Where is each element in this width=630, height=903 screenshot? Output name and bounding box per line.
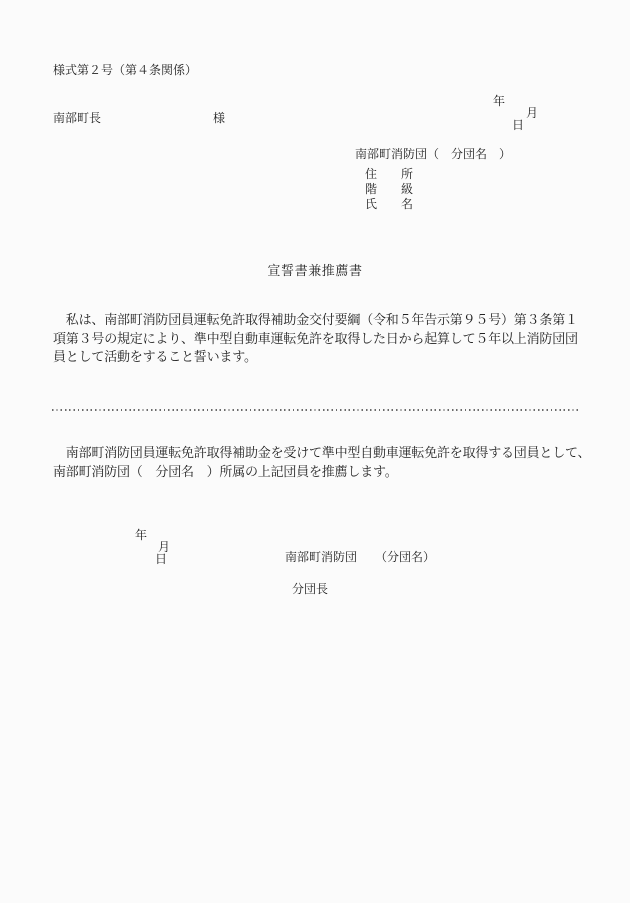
oath-line: 員として活動をすること誓います。 bbox=[53, 348, 581, 367]
footer-organization: 南部町消防団 bbox=[285, 551, 357, 563]
dotted-cut-line bbox=[52, 409, 580, 411]
recommendation-line: 南部町消防団（ 分団名 ）所属の上記団員を推薦します。 bbox=[53, 463, 581, 482]
document-title: 宣誓書兼推薦書 bbox=[0, 264, 630, 277]
date-bottom-year-label: 年 bbox=[135, 528, 147, 542]
oath-paragraph: 私は、南部町消防団員運転免許取得補助金交付要綱（令和５年告示第９５号）第３条第１… bbox=[53, 311, 581, 367]
sender-address-label: 住 所 bbox=[365, 168, 413, 180]
sender-rank-label: 階 級 bbox=[365, 183, 413, 195]
date-line-top: 年 月 日 bbox=[481, 83, 538, 143]
sender-name-label: 氏 名 bbox=[365, 198, 413, 210]
oath-line: 項第３号の規定により、準中型自動車運転免許を取得した日から起算して５年以上消防団… bbox=[53, 330, 581, 349]
recommendation-paragraph: 南部町消防団員運転免許取得補助金を受けて準中型自動車運転免許を取得する団員として… bbox=[53, 444, 581, 481]
addressee-name: 南部町長 bbox=[53, 112, 101, 124]
date-bottom-day-label: 日 bbox=[155, 552, 167, 566]
date-top-year-label: 年 bbox=[493, 94, 505, 108]
date-top-month-label: 月 bbox=[526, 106, 538, 120]
oath-line: 私は、南部町消防団員運転免許取得補助金交付要綱（令和５年告示第９５号）第３条第１ bbox=[53, 311, 581, 330]
form-number: 様式第２号（第４条関係） bbox=[53, 64, 197, 76]
document-page: 様式第２号（第４条関係） 年 月 日 南部町長 様 南部町消防団（ 分団名 ） … bbox=[0, 0, 630, 903]
date-line-bottom: 年 月 日 bbox=[123, 517, 170, 577]
branch-chief-label: 分団長 bbox=[292, 583, 328, 595]
sender-organization: 南部町消防団（ 分団名 ） bbox=[355, 148, 511, 160]
recommendation-line: 南部町消防団員運転免許取得補助金を受けて準中型自動車運転免許を取得する団員として… bbox=[53, 444, 581, 463]
addressee-honorific: 様 bbox=[213, 112, 225, 124]
footer-branch-name: （分団名） bbox=[375, 551, 435, 563]
date-top-day-label: 日 bbox=[512, 118, 524, 132]
